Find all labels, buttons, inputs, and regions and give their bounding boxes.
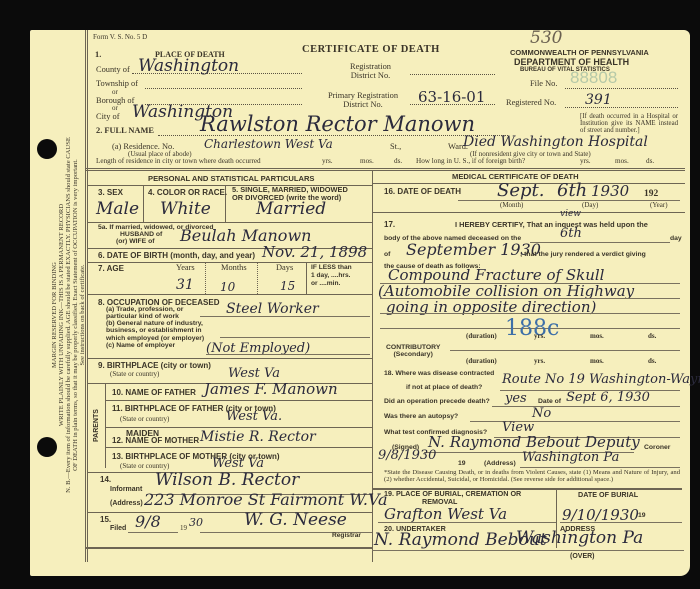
file-no-line bbox=[565, 88, 678, 89]
father-birthplace-sub-label: (State or country) bbox=[120, 416, 169, 423]
parents-divider bbox=[105, 383, 106, 468]
divider bbox=[205, 262, 206, 294]
mos-label: mos. bbox=[590, 358, 604, 365]
mos-label: mos. bbox=[615, 158, 629, 166]
yrs-label: yrs. bbox=[534, 333, 545, 340]
operation-date-label: Date of bbox=[538, 398, 561, 405]
divider bbox=[105, 400, 372, 401]
year-label: (Year) bbox=[650, 202, 668, 209]
dod-line bbox=[458, 200, 680, 201]
birthplace-label: 9. BIRTHPLACE (city or town) bbox=[98, 361, 211, 370]
ds-label: ds. bbox=[646, 158, 654, 166]
dob-value: Nov. 21, 1898 bbox=[262, 243, 367, 261]
file-no-stamp: 88808 bbox=[570, 68, 617, 88]
burial-date-line bbox=[560, 522, 682, 523]
margin-instructions: MARGIN RESERVED FOR BINDING WRITE PLAINL… bbox=[52, 55, 87, 575]
body-day-line bbox=[530, 242, 670, 243]
autopsy-label: Was there an autopsy? bbox=[384, 413, 458, 420]
registration-district-label: Registration District No. bbox=[350, 63, 391, 81]
filed-number: 15. bbox=[100, 515, 111, 524]
age-months-value: 10 bbox=[220, 280, 235, 294]
primary-registration-label: Primary Registration District No. bbox=[328, 92, 398, 110]
undertaker-line bbox=[372, 550, 684, 551]
medical-address-label: (Address) bbox=[484, 460, 516, 467]
st-label: St., bbox=[390, 143, 401, 152]
full-name-value: Rawlston Rector Manown bbox=[200, 112, 475, 136]
mother-name-value: Mistie R. Rector bbox=[200, 429, 316, 445]
ds-label: ds. bbox=[648, 358, 656, 365]
divider bbox=[85, 168, 685, 169]
filed-date-value: 9/8 bbox=[135, 512, 161, 531]
informant-label: Informant bbox=[110, 486, 142, 493]
sex-value: Male bbox=[96, 199, 139, 219]
address-label: (Address) bbox=[110, 500, 143, 507]
parents-label: PARENTS bbox=[93, 409, 100, 442]
county-label: County of bbox=[96, 66, 130, 75]
occupation-b-line bbox=[220, 337, 370, 338]
hospital-note: [If death occurred in a Hospital or Inst… bbox=[580, 113, 678, 134]
dod-day-value: 6th bbox=[557, 180, 587, 201]
coroner-label: Coroner bbox=[644, 444, 670, 451]
certificate-title: CERTIFICATE OF DEATH bbox=[302, 44, 440, 55]
mos-label: mos. bbox=[590, 333, 604, 340]
filed-year-value: 30 bbox=[189, 516, 203, 529]
age-days-label: Days bbox=[276, 264, 293, 273]
contributory-label: CONTRIBUTORY (Secondary) bbox=[386, 344, 440, 358]
divider bbox=[88, 358, 372, 359]
city-label: City of bbox=[96, 113, 120, 122]
divider bbox=[85, 170, 685, 171]
over-label: (OVER) bbox=[570, 553, 595, 560]
registered-no-value: 391 bbox=[585, 92, 612, 108]
section-17-number: 17. bbox=[384, 220, 395, 229]
occupation-a-value: Steel Worker bbox=[226, 301, 319, 317]
issuer-line1: COMMONWEALTH OF PENNSYLVANIA bbox=[510, 48, 649, 57]
contributory-line bbox=[450, 350, 680, 351]
registration-district-line bbox=[410, 74, 495, 75]
registrar-value: W. G. Neese bbox=[244, 510, 347, 530]
autopsy-value: No bbox=[532, 406, 551, 421]
divider bbox=[372, 212, 685, 213]
age-months-label: Months bbox=[221, 264, 247, 273]
of-word: of bbox=[384, 251, 390, 258]
mother-birthplace-value: West Va bbox=[212, 456, 264, 471]
duration-label: (duration) bbox=[466, 333, 497, 340]
file-no-label: File No. bbox=[530, 80, 557, 89]
medical-address-line bbox=[520, 467, 680, 468]
primary-registration-value: 63-16-01 bbox=[418, 88, 485, 106]
form-number: Form V. S. No. 5 D bbox=[93, 34, 147, 41]
issuer-line2: DEPARTMENT OF HEALTH bbox=[514, 57, 629, 67]
left-border bbox=[85, 30, 88, 562]
burial-line bbox=[378, 522, 556, 523]
color-label: 4. COLOR OR RACE. bbox=[148, 188, 227, 197]
filed-label: Filed bbox=[110, 525, 126, 532]
filed-line bbox=[128, 532, 178, 533]
employer-label: (c) Name of employer bbox=[106, 342, 175, 349]
personal-heading: PERSONAL AND STATISTICAL PARTICULARS bbox=[148, 174, 315, 183]
employer-line bbox=[206, 354, 370, 355]
yrs-label: yrs. bbox=[580, 158, 591, 166]
burial-date-label: DATE OF BURIAL bbox=[578, 490, 638, 499]
informant-value: Wilson B. Rector bbox=[155, 470, 299, 490]
mother-name-label: 12. NAME OF MOTHER bbox=[112, 436, 199, 445]
registrar-label: Registrar bbox=[332, 532, 361, 539]
cause-line bbox=[380, 313, 680, 314]
yrs-label: yrs. bbox=[322, 158, 333, 166]
informant-address-value: 223 Monroe St Fairmont W.Va bbox=[144, 490, 388, 509]
marital-value: Married bbox=[256, 199, 326, 219]
full-name-label: 2. FULL NAME bbox=[96, 127, 154, 136]
occupation-sub-labels: (a) Trade, profession, or particular kin… bbox=[106, 306, 204, 342]
dod-label: 16. DATE OF DEATH bbox=[384, 187, 461, 196]
registered-no-label: Registered No. bbox=[506, 99, 556, 108]
dod-month-value: Sept. bbox=[497, 180, 544, 201]
ds-label: ds. bbox=[648, 333, 656, 340]
month-label: (Month) bbox=[500, 202, 523, 209]
operation-line bbox=[492, 406, 680, 407]
yrs-label: yrs. bbox=[534, 358, 545, 365]
divider bbox=[306, 262, 307, 294]
year-prefix: 19 bbox=[638, 512, 646, 519]
divider bbox=[257, 262, 258, 294]
medical-address-value: Washington Pa bbox=[522, 450, 619, 465]
divider bbox=[143, 185, 144, 222]
age-years-value: 31 bbox=[176, 277, 194, 293]
dod-year-value: 1930 bbox=[591, 182, 629, 200]
dod-year-printed: 192 bbox=[644, 190, 658, 200]
foreign-birth-label: How long in U. S., if of foreign birth? bbox=[416, 158, 525, 166]
blue-pencil-code: 188c bbox=[505, 316, 559, 341]
birthplace-value: West Va bbox=[228, 366, 280, 381]
undertaker-address-value: Washington Pa bbox=[516, 528, 643, 548]
signed-date-value: 9/8/1930 bbox=[378, 448, 436, 463]
filed-year-prefix: 19 bbox=[180, 525, 187, 532]
disease-contracted-label-2: if not at place of death? bbox=[406, 384, 482, 391]
operation-label: Did an operation precede death? bbox=[384, 398, 490, 405]
length-of-residence-label: Length of residence in city or town wher… bbox=[96, 158, 261, 166]
year-prefix: 19 bbox=[458, 460, 466, 467]
age-label: 7. AGE bbox=[98, 264, 124, 273]
certify-text: I HEREBY CERTIFY, That an inquest was he… bbox=[455, 220, 648, 229]
dob-label: 6. DATE OF BIRTH (month, day, and year) bbox=[98, 251, 255, 260]
divider bbox=[88, 294, 372, 295]
birthplace-sub-label: (State or country) bbox=[110, 371, 159, 378]
father-name-value: James F. Manown bbox=[204, 380, 338, 398]
age-days-value: 15 bbox=[280, 279, 295, 293]
divider bbox=[88, 222, 372, 223]
section-1-number: 1. bbox=[95, 51, 101, 60]
disease-contracted-label-1: 18. Where was disease contracted bbox=[384, 370, 494, 377]
bottom-border bbox=[85, 547, 372, 549]
day-word: day bbox=[670, 235, 682, 242]
divider bbox=[105, 447, 372, 448]
duration-label: (duration) bbox=[466, 358, 497, 365]
residence-value: Charlestown West Va bbox=[204, 137, 333, 151]
disease-contracted-value: Route No 19 Washington-Waynesburg bbox=[502, 372, 700, 387]
father-name-label: 10. NAME OF FATHER bbox=[112, 388, 196, 397]
medical-footnote: *State the Disease Causing Death, or in … bbox=[384, 469, 680, 484]
burial-place-value: Grafton West Va bbox=[384, 505, 507, 523]
color-value: White bbox=[160, 199, 211, 219]
operation-date-value: Sept 6, 1930 bbox=[566, 390, 650, 405]
day-label: (Day) bbox=[582, 202, 598, 209]
township-line bbox=[145, 88, 302, 89]
county-value: Washington bbox=[138, 56, 239, 76]
burial-place-label: 19. PLACE OF BURIAL, CREMATION OR REMOVA… bbox=[384, 490, 521, 505]
body-day-value: 6th bbox=[560, 226, 582, 241]
registered-no-line bbox=[565, 107, 678, 108]
father-birthplace-value: West Va. bbox=[226, 409, 282, 424]
mos-label: mos. bbox=[360, 158, 374, 166]
informant-number: 14. bbox=[100, 475, 111, 484]
less-than-note: IF LESS than 1 day, ....hrs. or ....min. bbox=[311, 264, 352, 288]
signed-value: N. Raymond Bebout Deputy bbox=[428, 433, 640, 451]
hospital-value: Died Washington Hospital bbox=[463, 134, 648, 150]
certify-insert: view bbox=[560, 209, 581, 219]
top-annotation: 530 bbox=[530, 28, 562, 48]
operation-value: yes bbox=[505, 391, 527, 406]
jury-text: ; that the jury rendered a verdict givin… bbox=[520, 251, 646, 258]
sex-label: 3. SEX bbox=[98, 188, 123, 197]
ds-label: ds. bbox=[394, 158, 402, 166]
age-years-label: Years bbox=[176, 264, 195, 273]
